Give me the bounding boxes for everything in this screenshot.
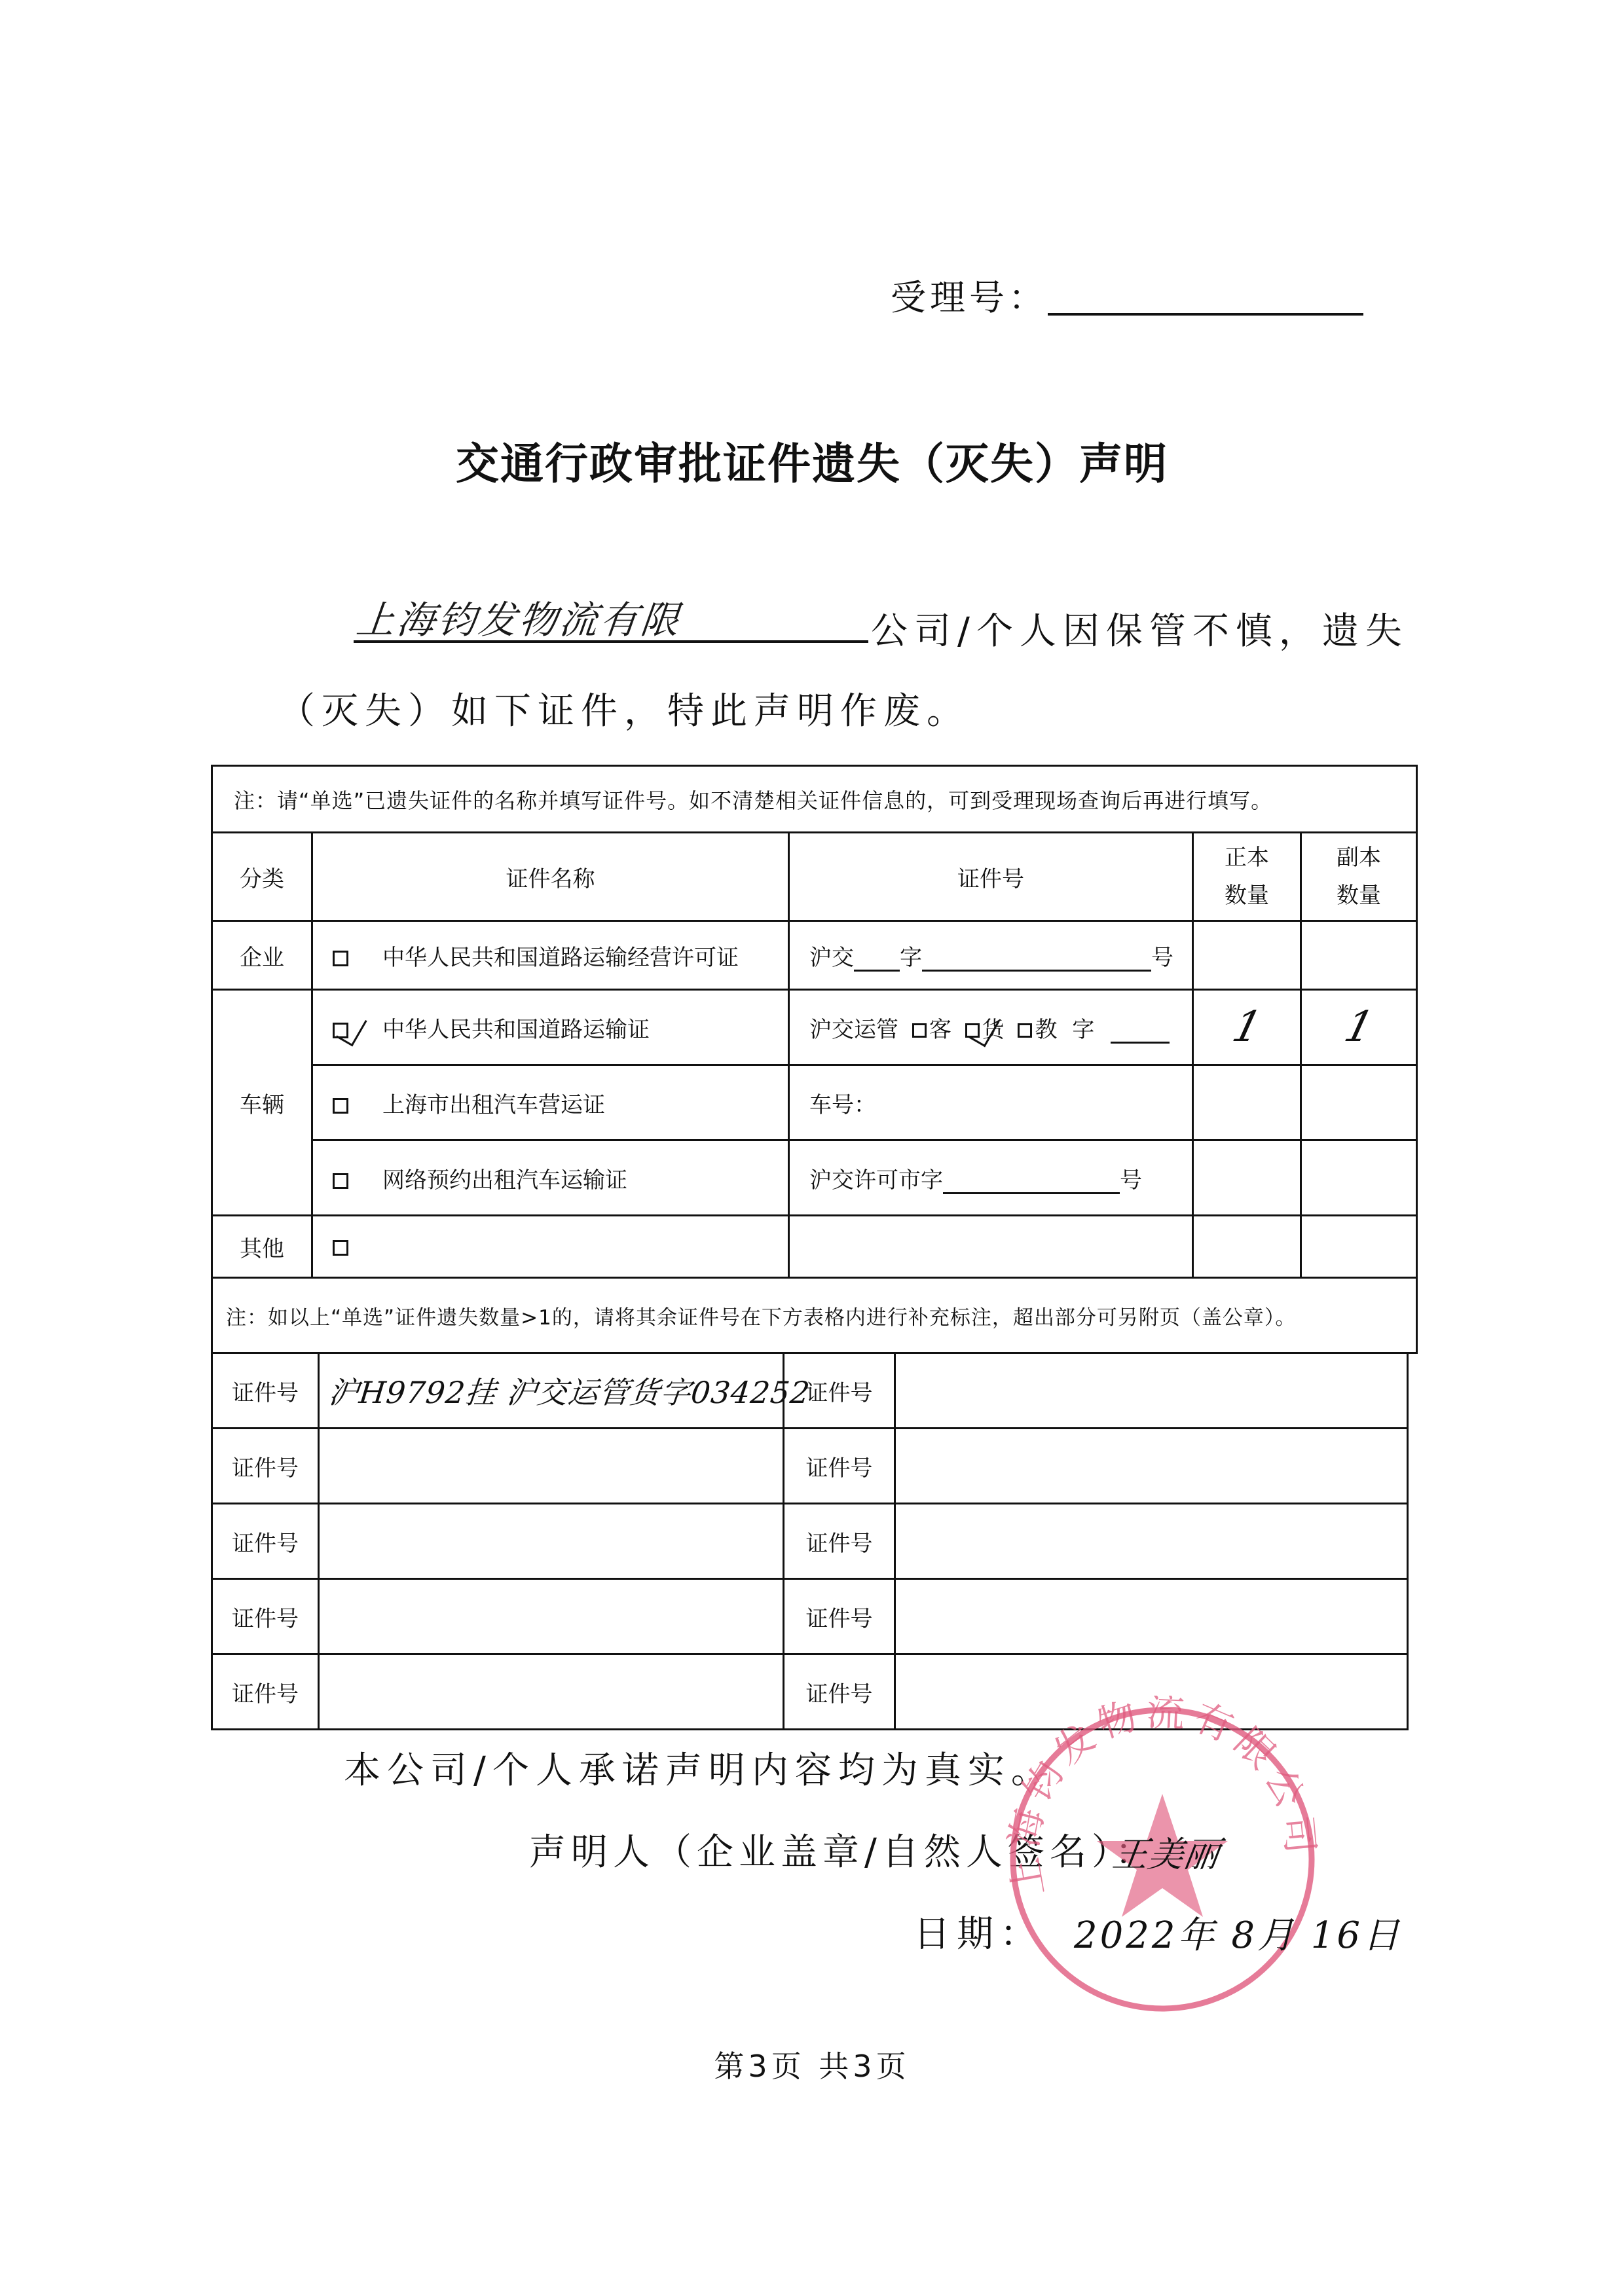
statement-line-2: （灭失）如下证件，特此声明作废。: [278, 682, 970, 735]
cert-number-cell: 沪交运管 客 货 教 字: [789, 990, 1193, 1065]
cert-name: 上海市出租汽车营运证: [382, 1092, 605, 1118]
vehicle-number-label: 车号：: [809, 1092, 876, 1118]
header-number: 证件号: [789, 833, 1193, 921]
header-copy-qty-line1: 副本: [1337, 845, 1381, 871]
number-prefix: 沪交运管: [809, 1017, 898, 1043]
header-name: 证件名称: [312, 833, 789, 921]
note-top: 注：请“单选”已遗失证件的名称并填写证件号。如不清楚相关证件信息的，可到受理现场…: [212, 766, 1417, 833]
cert-field-right[interactable]: [895, 1504, 1408, 1579]
checkbox-taxi-operating-cert[interactable]: [333, 1098, 348, 1114]
statement-line-1: 公司/个人因保管不慎，遗失: [871, 602, 1409, 655]
header-category: 分类: [212, 833, 312, 921]
table-row: 证件号 证件号: [212, 1504, 1408, 1579]
copy-qty-value: 1: [1339, 1003, 1378, 1051]
header-copy-qty-line2: 数量: [1337, 883, 1381, 909]
checkbox-other[interactable]: [333, 1240, 348, 1256]
cert-label: 证件号: [784, 1504, 895, 1579]
cert-field-right[interactable]: [895, 1429, 1408, 1504]
page-footer: 第3页 共3页: [0, 2043, 1624, 2086]
table-row: 证件号 证件号: [212, 1579, 1408, 1654]
option-training-label: 教: [1035, 1017, 1057, 1043]
category-vehicle: 车辆: [212, 990, 312, 1216]
cert-field-right[interactable]: [895, 1353, 1408, 1429]
checkbox-passenger[interactable]: [912, 1023, 927, 1038]
cert-name: 网络预约出租汽车运输证: [382, 1167, 627, 1194]
date-label: 日期：: [913, 1905, 1043, 1958]
cert-name-cell: 中华人民共和国道路运输经营许可证: [312, 921, 789, 990]
original-qty-cell[interactable]: [1193, 921, 1301, 990]
table-row: 证件号 证件号: [212, 1654, 1408, 1730]
cert-name: 中华人民共和国道路运输证: [382, 1017, 650, 1043]
original-qty-cell[interactable]: [1193, 1216, 1301, 1278]
receipt-number-field[interactable]: [1048, 313, 1363, 316]
cert-label: 证件号: [212, 1429, 319, 1504]
copy-qty-cell[interactable]: [1301, 921, 1417, 990]
header-original-qty: 正本 数量: [1193, 833, 1301, 921]
cert-number-cell: 沪交许可市字号: [789, 1140, 1193, 1216]
cert-number-cell[interactable]: [789, 1216, 1193, 1278]
original-qty-value: 1: [1227, 1003, 1266, 1051]
checkbox-road-transport-cert[interactable]: [333, 1023, 348, 1038]
table-row: 网络预约出租汽车运输证 沪交许可市字号: [212, 1140, 1417, 1216]
checkbox-training[interactable]: [1018, 1023, 1032, 1038]
cert-name-cell: 网络预约出租汽车运输证: [312, 1140, 789, 1216]
table-row: 其他: [212, 1216, 1417, 1278]
cert-name-cell: [312, 1216, 789, 1278]
cert-name: 中华人民共和国道路运输经营许可证: [382, 945, 739, 971]
extra-certificates-table: 证件号 沪H9792挂 沪交运管货字034252 证件号 证件号 证件号 证件号…: [211, 1352, 1409, 1730]
cert-label: 证件号: [212, 1504, 319, 1579]
header-original-qty-line2: 数量: [1225, 883, 1269, 909]
number-field-1[interactable]: [854, 947, 900, 972]
number-prefix: 沪交许可市字: [809, 1167, 943, 1194]
option-passenger-label: 客: [929, 1017, 951, 1043]
original-qty-cell[interactable]: [1193, 1140, 1301, 1216]
original-qty-cell[interactable]: [1193, 1065, 1301, 1140]
table-row: 证件号 证件号: [212, 1429, 1408, 1504]
cert-field-left[interactable]: 沪H9792挂 沪交运管货字034252: [319, 1353, 784, 1429]
copy-qty-cell[interactable]: 1: [1301, 990, 1417, 1065]
number-field[interactable]: [1111, 1019, 1170, 1044]
cert-field-left[interactable]: [319, 1579, 784, 1654]
company-name-field[interactable]: [354, 640, 868, 643]
cert-number-cell: 沪交字号: [789, 921, 1193, 990]
cert-value-handwritten: 沪H9792挂 沪交运管货字034252: [318, 1369, 813, 1412]
cert-field-left[interactable]: [319, 1429, 784, 1504]
original-qty-cell[interactable]: 1: [1193, 990, 1301, 1065]
cert-label: 证件号: [784, 1579, 895, 1654]
cert-label: 证件号: [212, 1654, 319, 1730]
cert-field-right[interactable]: [895, 1579, 1408, 1654]
cert-field-left[interactable]: [319, 1654, 784, 1730]
checkbox-ride-hailing-cert[interactable]: [333, 1173, 348, 1189]
table-row: 车辆 中华人民共和国道路运输证 沪交运管 客 货 教 字 1 1: [212, 990, 1417, 1065]
number-prefix: 沪交: [809, 945, 854, 971]
table-row: 企业 中华人民共和国道路运输经营许可证 沪交字号: [212, 921, 1417, 990]
cert-label: 证件号: [212, 1353, 319, 1429]
note-bottom: 注：如以上“单选”证件遗失数量>1的，请将其余证件号在下方表格内进行补充标注，超…: [212, 1278, 1417, 1353]
category-enterprise: 企业: [212, 921, 312, 990]
declarant-signature: 王美丽: [1110, 1827, 1223, 1877]
table-row: 上海市出租汽车营运证 车号：: [212, 1065, 1417, 1140]
number-mid: 字: [900, 945, 922, 971]
table-row: 证件号 沪H9792挂 沪交运管货字034252 证件号: [212, 1353, 1408, 1429]
checkbox-freight[interactable]: [965, 1023, 980, 1038]
category-other: 其他: [212, 1216, 312, 1278]
lost-certificate-table: 注：请“单选”已遗失证件的名称并填写证件号。如不清楚相关证件信息的，可到受理现场…: [211, 765, 1418, 1354]
checkbox-business-license[interactable]: [333, 951, 348, 966]
cert-field-right[interactable]: [895, 1654, 1408, 1730]
receipt-number-label: 受理号：: [891, 270, 1048, 320]
number-mid: 字: [1072, 1017, 1094, 1043]
cert-field-left[interactable]: [319, 1504, 784, 1579]
copy-qty-cell[interactable]: [1301, 1216, 1417, 1278]
date-value: 2022年 8月 16日: [1074, 1906, 1402, 1959]
header-copy-qty: 副本 数量: [1301, 833, 1417, 921]
copy-qty-cell[interactable]: [1301, 1065, 1417, 1140]
declarant-label: 声明人（企业盖章/自然人签名）：: [529, 1823, 1157, 1876]
cert-label: 证件号: [212, 1579, 319, 1654]
document-title: 交通行政审批证件遗失（灭失）声明: [0, 429, 1624, 491]
cert-label: 证件号: [784, 1429, 895, 1504]
cert-name-cell: 上海市出租汽车营运证: [312, 1065, 789, 1140]
cert-label: 证件号: [784, 1654, 895, 1730]
copy-qty-cell[interactable]: [1301, 1140, 1417, 1216]
number-suffix: 号: [1151, 945, 1173, 971]
number-field-2[interactable]: [922, 947, 1151, 972]
number-field[interactable]: [943, 1170, 1120, 1194]
header-original-qty-line1: 正本: [1225, 845, 1269, 871]
number-suffix: 号: [1120, 1167, 1142, 1194]
commitment-text: 本公司/个人承诺声明内容均为真实。: [344, 1741, 1054, 1794]
cert-name-cell: 中华人民共和国道路运输证: [312, 990, 789, 1065]
cert-number-cell: 车号：: [789, 1065, 1193, 1140]
company-name-handwritten: 上海钧发物流有限: [354, 589, 685, 644]
